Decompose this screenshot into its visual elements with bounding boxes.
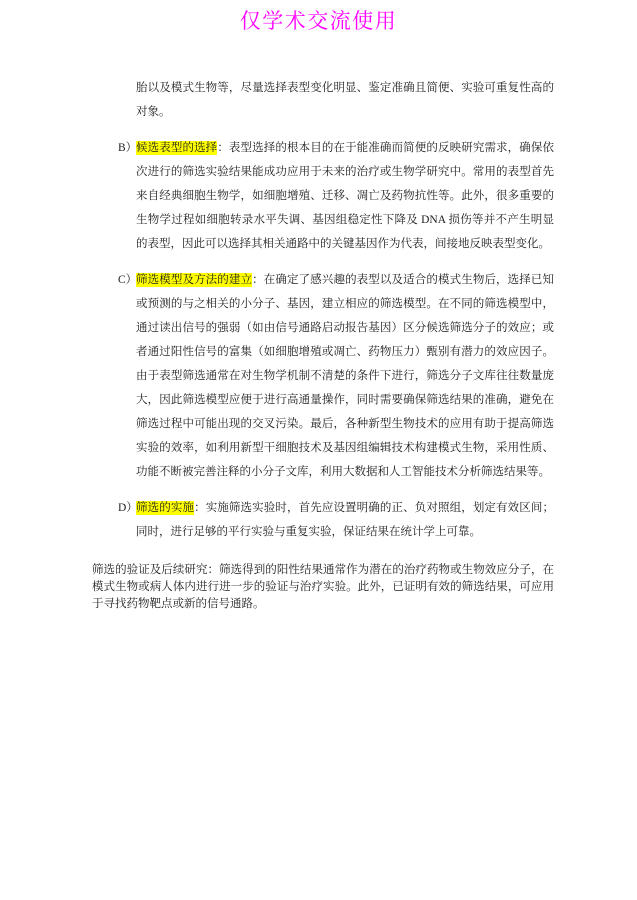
list-marker-c: C） [118,268,137,292]
watermark-header: 仅学术交流使用 [0,5,637,35]
list-item-text-d: ：实施筛选实验时，首先应设置明确的正、负对照组，划定有效区间；同时，进行足够的平… [136,502,554,538]
intro-paragraph: 胎以及模式生物等，尽量选择表型变化明显、鉴定准确且简便、实验可重复性高的对象。 [92,76,554,124]
list-item-c: C）筛选模型及方法的建立：在确定了感兴趣的表型以及适合的模式生物后，选择已知或预… [92,268,554,484]
document-page: 仅学术交流使用 胎以及模式生物等，尽量选择表型变化明显、鉴定准确且简便、实验可重… [0,0,637,900]
list-marker-b: B） [118,136,137,160]
highlighted-phrase-b: 候选表型的选择 [136,141,217,155]
highlighted-phrase-d: 筛选的实施 [136,501,194,515]
list-item-b: B）候选表型的选择：表型选择的根本目的在于能准确而简便的反映研究需求，确保依次进… [92,136,554,256]
list-item-text-b: ：表型选择的根本目的在于能准确而简便的反映研究需求，确保依次进行的筛选实验结果能… [136,142,554,250]
closing-paragraph: 筛选的验证及后续研究：筛选得到的阳性结果通常作为潜在的治疗药物或生物效应分子，在… [92,562,554,613]
highlighted-phrase-c: 筛选模型及方法的建立 [136,273,252,287]
list-item-d: D）筛选的实施：实施筛选实验时，首先应设置明确的正、负对照组，划定有效区间；同时… [92,496,554,544]
list-marker-d: D） [118,496,138,520]
list-item-text-c: ：在确定了感兴趣的表型以及适合的模式生物后，选择已知或预测的与之相关的小分子、基… [136,274,554,478]
document-body: 胎以及模式生物等，尽量选择表型变化明显、鉴定准确且简便、实验可重复性高的对象。 … [92,76,554,613]
